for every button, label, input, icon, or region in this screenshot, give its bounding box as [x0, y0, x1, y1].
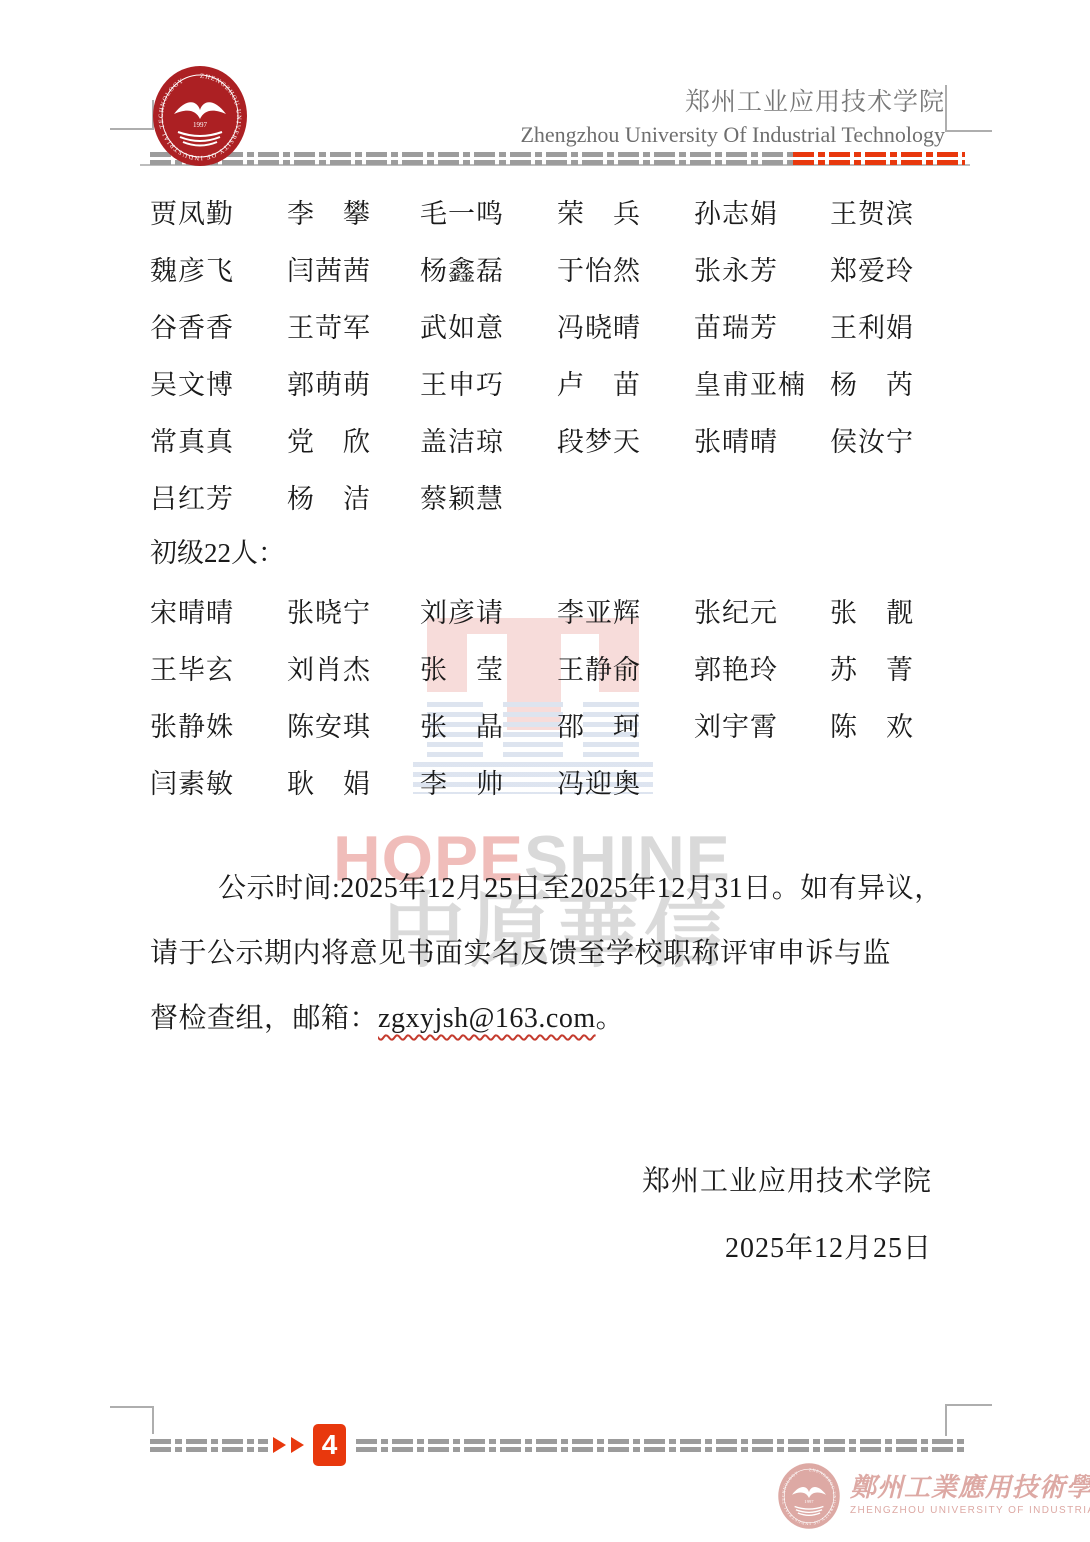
name-row: 谷香香王苛军武如意冯晓晴苗瑞芳王利娟 — [150, 297, 942, 354]
footer-school-name-cn: 鄭州工業應用技術學院 — [850, 1473, 1090, 1503]
notice-line-suffix: 。 — [596, 1003, 625, 1034]
name-row: 宋晴晴张晓宁刘彦请李亚辉张纪元张 靓 — [150, 582, 942, 639]
person-name: 杨 洁 — [287, 477, 420, 516]
footer-logo-text: 鄭州工業應用技術學院 ZHENGZHOU UNIVERSITY OF INDUS… — [850, 1473, 1090, 1519]
person-name: 张晓宁 — [287, 591, 420, 630]
corner-mark-bottom-left — [110, 1406, 154, 1434]
university-seal-icon: ZHENGZHOU UNIVERSITY OF INDUSTRIAL TECHN… — [776, 1462, 842, 1530]
name-row: 张静姝陈安琪张 晶邵 珂刘宇霄陈 欢 — [150, 696, 942, 753]
person-name: 武如意 — [420, 306, 557, 345]
name-row: 闫素敏耿 娟李 帅冯迎奥 — [150, 753, 942, 810]
name-list-section: 贾凤勤李 攀毛一鸣荣 兵孙志娟王贺滨魏彦飞闫茜茜杨鑫磊于怡然张永芳郑爱玲谷香香王… — [150, 183, 942, 810]
person-name: 张 晶 — [420, 705, 557, 744]
public-notice-paragraph: 公示时间:2025年12月25日至2025年12月31日。如有异议， 请于公示期… — [150, 856, 946, 1051]
person-name: 陈 欢 — [830, 705, 942, 744]
person-name: 魏彦飞 — [150, 249, 287, 288]
notice-line-prefix: 督检查组，邮箱： — [150, 1003, 378, 1034]
corner-mark-top-right — [945, 85, 992, 132]
person-name: 郭艳玲 — [694, 648, 830, 687]
person-name: 杨 芮 — [830, 363, 942, 402]
person-name: 张永芳 — [694, 249, 830, 288]
junior-group-heading: 初级22人： — [150, 525, 942, 582]
footer-deco-bar: 4 — [150, 1424, 965, 1466]
person-name: 卢 苗 — [557, 363, 694, 402]
person-name: 张 靓 — [830, 591, 942, 630]
person-name: 张纪元 — [694, 591, 830, 630]
arrow-right-icon — [291, 1437, 304, 1453]
person-name: 王贺滨 — [830, 192, 942, 231]
person-name: 刘宇霄 — [694, 705, 830, 744]
person-name: 盖洁琼 — [420, 420, 557, 459]
person-name: 张静姝 — [150, 705, 287, 744]
page-number-badge: 4 — [313, 1424, 346, 1466]
footer-university-logo: ZHENGZHOU UNIVERSITY OF INDUSTRIAL TECHN… — [776, 1462, 1090, 1530]
person-name: 于怡然 — [557, 249, 694, 288]
person-name: 郑爱玲 — [830, 249, 942, 288]
person-name: 王申巧 — [420, 363, 557, 402]
person-name: 蔡颖慧 — [420, 477, 557, 516]
person-name: 王利娟 — [830, 306, 942, 345]
person-name: 冯晓晴 — [557, 306, 694, 345]
person-name: 邵 珂 — [557, 705, 694, 744]
person-name: 王毕玄 — [150, 648, 287, 687]
person-name: 党 欣 — [287, 420, 420, 459]
person-name: 李亚辉 — [557, 591, 694, 630]
person-name: 刘肖杰 — [287, 648, 420, 687]
contact-email: zgxyjsh@163.com — [378, 1003, 596, 1034]
notice-line: 督检查组，邮箱：zgxyjsh@163.com。 — [150, 986, 946, 1051]
svg-text:1997: 1997 — [193, 121, 208, 129]
person-name: 苗瑞芳 — [694, 306, 830, 345]
junior-name-grid: 宋晴晴张晓宁刘彦请李亚辉张纪元张 靓王毕玄刘肖杰张 莹王静俞郭艳玲苏 菁张静姝陈… — [150, 582, 942, 810]
header-title-block: 郑州工业应用技术学院 Zhengzhou University Of Indus… — [520, 86, 945, 150]
deco-bar-gray-segment — [356, 1439, 965, 1452]
person-name: 刘彦请 — [420, 591, 557, 630]
signature-date: 2025年12月25日 — [642, 1215, 932, 1282]
name-row: 吴文博郭萌萌王申巧卢 苗皇甫亚楠杨 芮 — [150, 354, 942, 411]
signature-block: 郑州工业应用技术学院 2025年12月25日 — [642, 1148, 932, 1282]
document-page: HOPESHINE 中原華信 ZHENGZHOU UNIVERSITY OF I… — [0, 0, 1090, 1542]
signature-org: 郑州工业应用技术学院 — [642, 1148, 932, 1215]
person-name: 吕红芳 — [150, 477, 287, 516]
name-row: 常真真党 欣盖洁琼段梦天张晴晴侯汝宁 — [150, 411, 942, 468]
name-row: 贾凤勤李 攀毛一鸣荣 兵孙志娟王贺滨 — [150, 183, 942, 240]
arrow-right-icon — [273, 1437, 286, 1453]
person-name: 孙志娟 — [694, 192, 830, 231]
person-name: 闫茜茜 — [287, 249, 420, 288]
deco-bar-gray-segment — [150, 1439, 268, 1452]
person-name: 张 莹 — [420, 648, 557, 687]
person-name: 陈安琪 — [287, 705, 420, 744]
school-name-en: Zhengzhou University Of Industrial Techn… — [520, 120, 945, 150]
person-name: 吴文博 — [150, 363, 287, 402]
footer-school-name-en: ZHENGZHOU UNIVERSITY OF INDUSTRIAL TECHN… — [850, 1503, 1090, 1519]
person-name: 贾凤勤 — [150, 192, 287, 231]
person-name: 闫素敏 — [150, 762, 287, 801]
university-seal-icon: ZHENGZHOU UNIVERSITY OF INDUSTRIAL TECHN… — [150, 64, 250, 168]
person-name: 宋晴晴 — [150, 591, 287, 630]
person-name: 段梦天 — [557, 420, 694, 459]
name-row: 王毕玄刘肖杰张 莹王静俞郭艳玲苏 菁 — [150, 639, 942, 696]
person-name: 杨鑫磊 — [420, 249, 557, 288]
svg-text:1997: 1997 — [804, 1499, 814, 1504]
person-name: 耿 娟 — [287, 762, 420, 801]
person-name: 李 帅 — [420, 762, 557, 801]
person-name: 郭萌萌 — [287, 363, 420, 402]
person-name: 张晴晴 — [694, 420, 830, 459]
school-name-cn: 郑州工业应用技术学院 — [520, 86, 945, 120]
person-name: 冯迎奥 — [557, 762, 694, 801]
person-name: 王苛军 — [287, 306, 420, 345]
person-name: 李 攀 — [287, 192, 420, 231]
name-row: 吕红芳杨 洁蔡颖慧 — [150, 468, 942, 525]
person-name: 常真真 — [150, 420, 287, 459]
person-name: 毛一鸣 — [420, 192, 557, 231]
person-name: 荣 兵 — [557, 192, 694, 231]
name-row: 魏彦飞闫茜茜杨鑫磊于怡然张永芳郑爱玲 — [150, 240, 942, 297]
person-name: 王静俞 — [557, 648, 694, 687]
header-deco-bar — [150, 152, 965, 165]
notice-line: 公示时间:2025年12月25日至2025年12月31日。如有异议， — [150, 856, 946, 921]
notice-line: 请于公示期内将意见书面实名反馈至学校职称评审申诉与监 — [150, 921, 946, 986]
corner-mark-top-left — [110, 100, 154, 130]
deco-bar-red-segment — [793, 152, 965, 165]
person-name: 皇甫亚楠 — [694, 363, 830, 402]
person-name: 谷香香 — [150, 306, 287, 345]
person-name: 苏 菁 — [830, 648, 942, 687]
senior-name-grid: 贾凤勤李 攀毛一鸣荣 兵孙志娟王贺滨魏彦飞闫茜茜杨鑫磊于怡然张永芳郑爱玲谷香香王… — [150, 183, 942, 525]
person-name: 侯汝宁 — [830, 420, 942, 459]
